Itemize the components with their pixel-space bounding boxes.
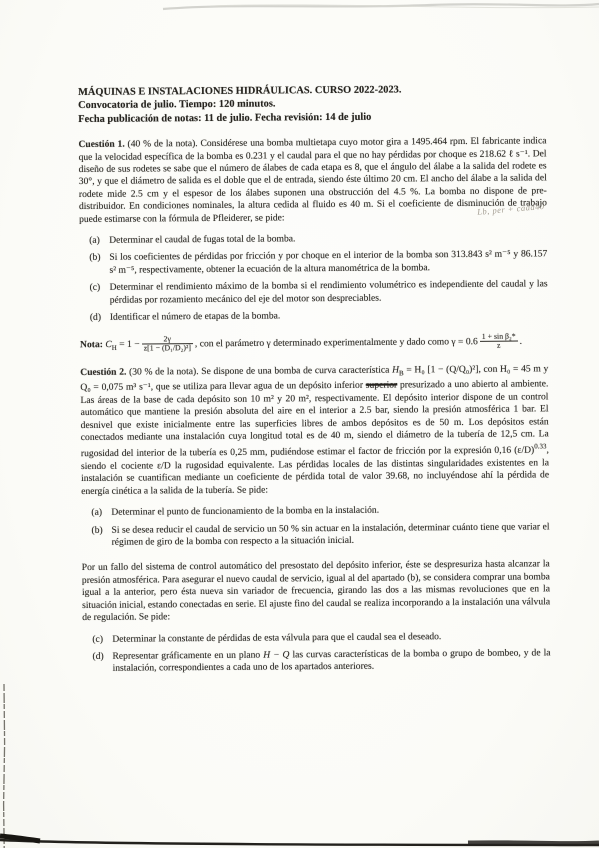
fraction-denominator: z	[480, 341, 518, 351]
exam-header: MÁQUINAS E INSTALACIONES HIDRÁULICAS. CU…	[78, 82, 546, 126]
pump-curve-formula: = H₀ [1 − (Q/Q₀)²], con	[404, 364, 500, 376]
item-label: (b)	[89, 252, 109, 277]
question1-item-a: (a) Determinar el caudal de fugas total …	[89, 231, 547, 247]
question1-body: (40 % de la nota). Considérese una bomba…	[79, 136, 547, 225]
question1-items: (a) Determinar el caudal de fugas total …	[79, 231, 548, 324]
item-label: (d)	[90, 312, 110, 325]
document-content: MÁQUINAS E INSTALACIONES HIDRÁULICAS. CU…	[78, 82, 551, 675]
question2-item-c: (c) Determinar la constante de pérdidas …	[92, 630, 550, 646]
nota-middle: , con el parámetro γ determinado experim…	[195, 336, 478, 349]
item-text: Determinar el rendimiento máximo de la b…	[110, 279, 548, 307]
question2-item-b: (b) Si se desea reducir el caudal de ser…	[91, 521, 549, 549]
question2-items-cd: (c) Determinar la constante de pérdidas …	[82, 630, 550, 676]
friction-exponent: 0.33	[534, 443, 546, 451]
fraction-denominator: z[1 − (D₁/D₂)²]	[142, 343, 193, 353]
item-text: Determinar el punto de funcionamiento de…	[111, 504, 549, 520]
question1-label: Cuestión 1.	[78, 139, 124, 150]
item-text: Determinar la constante de pérdidas de e…	[112, 630, 550, 646]
question2-item-d: (d) Representar gráficamente en un plano…	[92, 647, 550, 675]
item-text: Si los coeficientes de pérdidas por fric…	[109, 249, 547, 277]
question1-item-d: (d) Identificar el número de etapas de l…	[90, 308, 548, 324]
question2-continuation: Por un fallo del sistema de control auto…	[82, 559, 550, 625]
item-label: (a)	[89, 235, 109, 248]
question1-item-c: (c) Determinar el rendimiento máximo de …	[90, 279, 548, 307]
question2-label: Cuestión 2.	[80, 367, 126, 378]
gamma-fraction: 1 + sin β₂*z	[480, 332, 518, 350]
item-text: Si se desea reducir el caudal de servici…	[111, 521, 549, 549]
hb-symbol: H	[392, 365, 399, 376]
item-label: (c)	[92, 633, 112, 646]
question1-paragraph: Cuestión 1. (40 % de la nota). Considére…	[78, 136, 547, 227]
question2-paragraph: Cuestión 2. (30 % de la nota). Se dispon…	[80, 363, 549, 498]
question1-item-b: (b) Si los coeficientes de pérdidas por …	[89, 249, 547, 277]
question2-item-a: (a) Determinar el punto de funcionamient…	[91, 504, 549, 520]
page-bottom-edge-shadow	[0, 824, 599, 848]
item-text: Identificar el número de etapas de la bo…	[110, 308, 548, 324]
item-text: Determinar el caudal de fugas total de l…	[109, 231, 547, 247]
hq-plane-symbols: H − Q	[263, 649, 289, 660]
item-label: (b)	[91, 524, 111, 549]
question2-items: (a) Determinar el punto de funcionamient…	[81, 504, 549, 550]
pfleiderer-fraction: 2γz[1 − (D₁/D₂)²]	[142, 335, 193, 354]
fraction-numerator: 2γ	[142, 335, 193, 344]
exam-dates: Fecha publicación de notas: 11 de julio.…	[78, 109, 546, 126]
item-label: (a)	[91, 507, 111, 520]
nota-prefix: Nota:	[80, 339, 105, 350]
page-top-edge-shadow	[0, 0, 599, 16]
struck-word: superior	[366, 380, 398, 391]
nota-end: .	[520, 335, 522, 346]
nota-formula-line: Nota: CH = 1 −2γz[1 − (D₁/D₂)²], con el …	[80, 332, 548, 354]
scanned-page: Lb, per + cada40 MÁQUINAS E INSTALACIONE…	[0, 0, 599, 848]
item-text: Representar gráficamente en un plano H −…	[112, 647, 550, 675]
question2-intro: (30 % de la nota). Se dispone de una bom…	[126, 365, 392, 378]
fraction-numerator: 1 + sin β₂*	[480, 332, 518, 341]
nota-equals: = 1 −	[117, 338, 140, 349]
item-label: (c)	[90, 282, 110, 307]
item-d-pre: Representar gráficamente en un plano	[112, 649, 263, 661]
item-label: (d)	[92, 651, 112, 676]
